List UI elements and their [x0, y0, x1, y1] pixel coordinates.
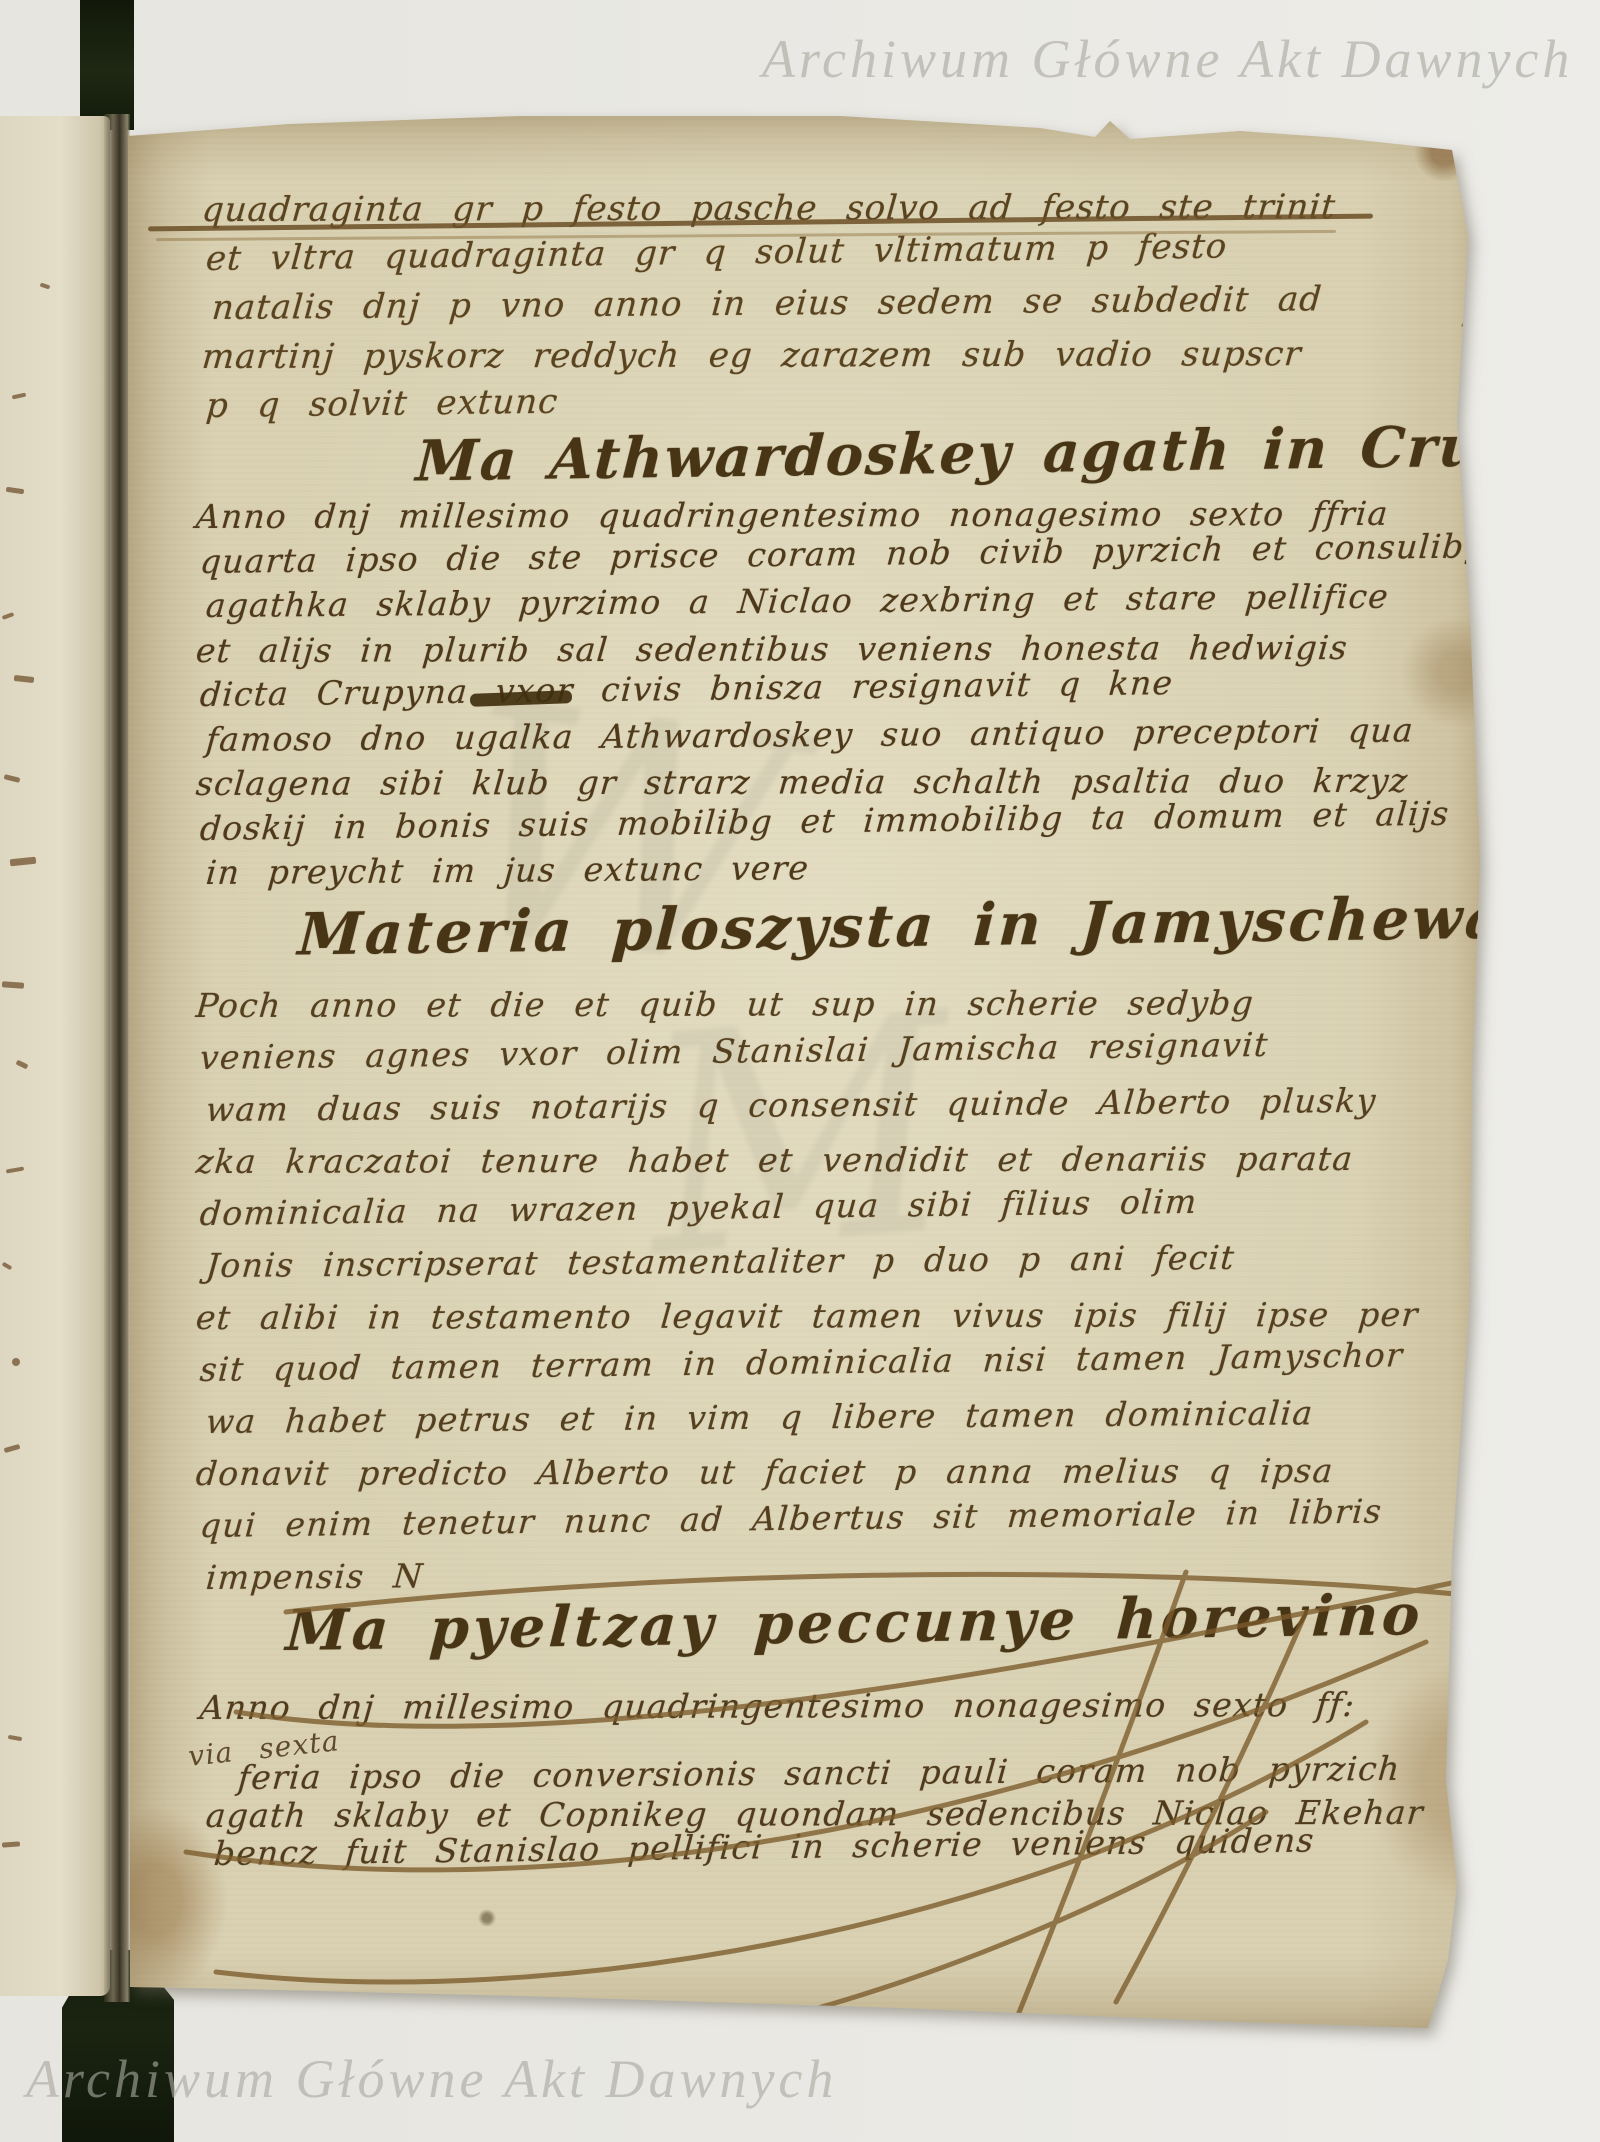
manuscript-scan: W M quadraginta gr p festo pasche solvo … [0, 0, 1600, 2142]
manuscript-page: W M quadraginta gr p festo pasche solvo … [126, 112, 1510, 2040]
manuscript-page-wrap: W M quadraginta gr p festo pasche solvo … [126, 112, 1510, 2040]
ink-fragment [6, 487, 25, 494]
entry-2: Anno dnj millesimo quadringentesimo nona… [196, 495, 1487, 896]
ink-fragment [14, 675, 35, 683]
manuscript-line: natalis dnj p vno anno in eius sedem se … [210, 275, 1338, 333]
cancellation-strokes [126, 1552, 1510, 2052]
ink-fragment [8, 1735, 22, 1741]
folio-number-ink: 648 [1453, 364, 1560, 432]
ink-fragment [40, 283, 51, 290]
ink-fragment [16, 1060, 29, 1070]
manuscript-line: agathka sklaby pyrzimo a Niclao zexbring… [204, 574, 1488, 629]
ink-fragment [6, 1166, 24, 1173]
ink-fragment [10, 857, 37, 867]
manuscript-line: wa habet petrus et in vim q libere tamen… [204, 1386, 1421, 1448]
corner-ink-mark: l [1588, 283, 1600, 336]
entry-3: Poch anno et die et quib ut sup in scher… [196, 980, 1419, 1604]
ink-fragment [2, 981, 24, 989]
ink-fragment [12, 1358, 20, 1366]
ink-fragment [2, 1841, 20, 1847]
ink-fragment [4, 1444, 21, 1453]
ink-fragment [4, 774, 21, 783]
archive-watermark-top: Archiwum Główne Akt Dawnych [762, 28, 1573, 90]
ink-fragment [2, 1262, 13, 1270]
manuscript-line: Jonis inscripserat testamentaliter p duo… [204, 1230, 1421, 1292]
ink-fragment [2, 612, 15, 620]
corner-ink-mark: x [1477, 339, 1497, 376]
binding-ribbon-top [80, 0, 134, 130]
facing-page-edge [0, 116, 110, 1996]
ink-fragment [12, 393, 27, 400]
manuscript-line: wam duas suis notarijs q consensit quind… [204, 1074, 1421, 1136]
folio-number-pencil: 204 [1481, 497, 1581, 558]
corner-ink-mark: pk [1459, 283, 1518, 340]
archive-watermark-bottom: Archiwum Główne Akt Dawnych [26, 2048, 837, 2110]
manuscript-line: famoso dno ugalka Athwardoskey suo antiq… [204, 707, 1488, 762]
entry-heading-2: Materia ploszysta in Jamyschewa [296, 884, 1507, 969]
